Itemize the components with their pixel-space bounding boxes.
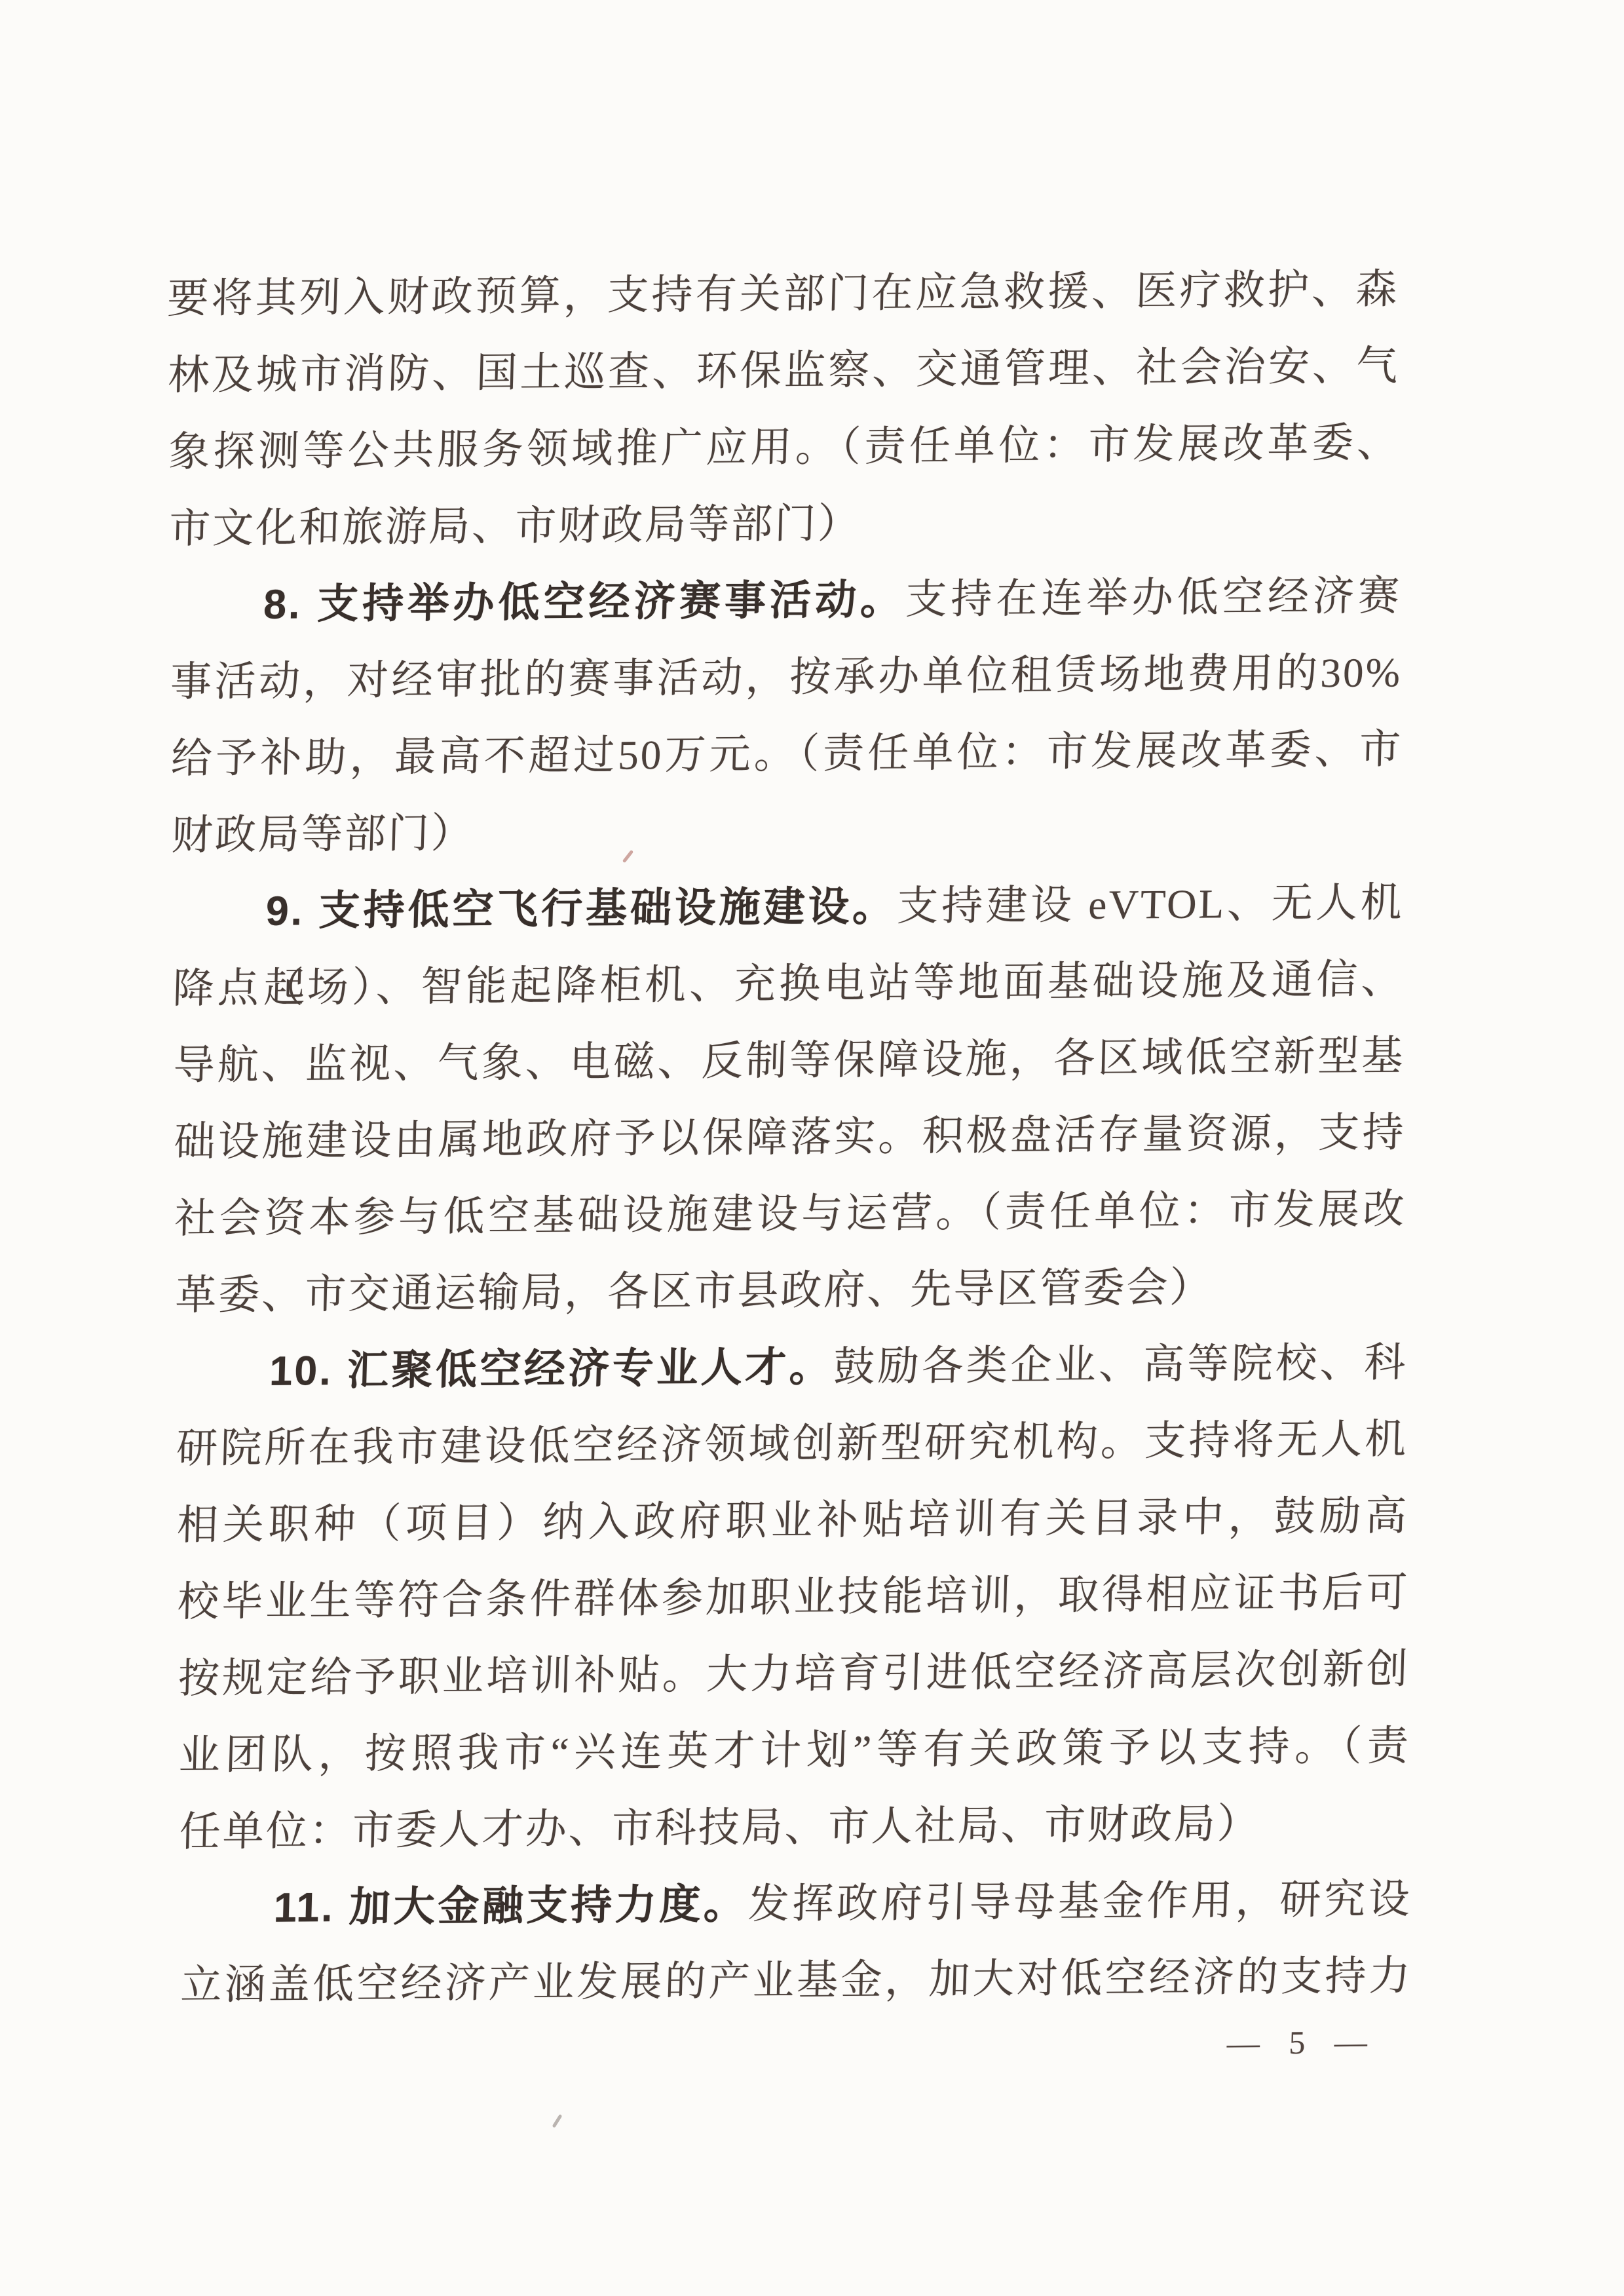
text-line: 9. 支持低空飞行基础设施建设。支持建设 eVTOL、无人机起 (171, 864, 1405, 951)
body-text-segment: 导航、监视、气象、电磁、反制等保障设施，各区域低空新型基 (173, 1033, 1406, 1088)
text-line: 财政局等部门） (170, 788, 1404, 874)
text-line: 要将其列入财政预算，支持有关部门在应急救援、医疗救护、森 (166, 251, 1400, 337)
body-text-segment: 给予补助，最高不超过50万元。（责任单位：市发展改革委、市 (170, 726, 1403, 782)
text-line: 象探测等公共服务领域推广应用。（责任单位：市发展改革委、 (168, 404, 1401, 491)
text-line: 10. 汇聚低空经济专业人才。鼓励各类企业、高等院校、科 (175, 1324, 1408, 1411)
body-text-segment: 降点（场）、智能起降柜机、充换电站等地面基础设施及通信、 (172, 956, 1405, 1012)
text-line: 导航、监视、气象、电磁、反制等保障设施，各区域低空新型基 (172, 1018, 1406, 1104)
text-line: 按规定给予职业培训补贴。大力培育引进低空经济高层次创新创 (177, 1631, 1410, 1717)
body-text-segment: 任单位：市委人才办、市科技局、市人社局、市财政局） (179, 1801, 1261, 1855)
body-text-segment: 业团队，按照我市“兴连英才计划”等有关政策予以支持。（责 (178, 1723, 1411, 1778)
text-line: 相关职种（项目）纳入政府职业补贴培训有关目录中，鼓励高 (176, 1478, 1410, 1564)
text-block: 要将其列入财政预算，支持有关部门在应急救援、医疗救护、森林及城市消防、国土巡查、… (167, 251, 1412, 2024)
text-line: 市文化和旅游局、市财政局等部门） (168, 481, 1402, 567)
body-text-segment: 革委、市交通运输局，各区市县政府、先导区管委会） (174, 1265, 1213, 1318)
body-text-segment: 础设施建设由属地政府予以保障落实。积极盘活存量资源，支持 (174, 1109, 1407, 1165)
item-heading-segment: 11. 加大金融支持力度。 (273, 1881, 749, 1931)
text-line: 业团队，按照我市“兴连英才计划”等有关政策予以支持。（责 (178, 1708, 1411, 1794)
body-text-segment: 立涵盖低空经济产业发展的产业基金，加大对低空经济的支持力 (180, 1953, 1413, 2008)
text-line: 任单位：市委人才办、市科技局、市人社局、市财政局） (178, 1784, 1412, 1871)
body-text-segment: 市文化和旅游局、市财政局等部门） (168, 501, 861, 552)
text-line: 8. 支持举办低空经济赛事活动。支持在连举办低空经济赛 (169, 558, 1403, 644)
item-heading-segment: 8. 支持举办低空经济赛事活动。 (263, 577, 906, 628)
body-text-segment: 林及城市消防、国土巡查、环保监察、交通管理、社会治安、气 (167, 343, 1400, 398)
item-heading-segment: 10. 汇聚低空经济专业人才。 (269, 1344, 834, 1394)
text-line: 研院所在我市建设低空经济领域创新型研究机构。支持将无人机 (176, 1401, 1409, 1487)
body-text-segment: 事活动，对经审批的赛事活动，按承办单位租赁场地费用的30% (170, 649, 1403, 705)
body-text-segment: 相关职种（项目）纳入政府职业补贴培训有关目录中，鼓励高 (176, 1493, 1409, 1548)
body-text-segment: 发挥政府引导母基金作用，研究设 (747, 1876, 1412, 1927)
body-text-segment: 财政局等部门） (171, 810, 475, 858)
body-text-segment: 要将其列入财政预算，支持有关部门在应急救援、医疗救护、森 (167, 266, 1400, 322)
body-text-segment: 社会资本参与低空基础设施建设与运营。（责任单位：市发展改 (174, 1186, 1407, 1242)
item-heading-segment: 9. 支持低空飞行基础设施建设。 (265, 883, 897, 934)
body-text-segment: 研院所在我市建设低空经济领域创新型研究机构。支持将无人机 (176, 1416, 1408, 1472)
body-text-segment: 象探测等公共服务领域推广应用。（责任单位：市发展改革委、 (168, 419, 1401, 475)
text-line: 立涵盖低空经济产业发展的产业基金，加大对低空经济的支持力 (179, 1938, 1413, 2024)
text-line: 降点（场）、智能起降柜机、充换电站等地面基础设施及通信、 (172, 941, 1405, 1027)
page-number: — 5 — (1217, 2023, 1388, 2062)
body-text-segment: 按规定给予职业培训补贴。大力培育引进低空经济高层次创新创 (178, 1646, 1410, 1702)
scan-speck (552, 2114, 563, 2128)
text-line: 革委、市交通运输局，各区市县政府、先导区管委会） (174, 1248, 1408, 1334)
body-text-segment: 支持在连举办低空经济赛 (905, 573, 1402, 622)
body-text-segment: 鼓励各类企业、高等院校、科 (833, 1339, 1408, 1390)
scanned-document-page: 要将其列入财政预算，支持有关部门在应急救援、医疗救护、森林及城市消防、国土巡查、… (0, 0, 1624, 2296)
text-line: 11. 加大金融支持力度。发挥政府引导母基金作用，研究设 (179, 1861, 1412, 1947)
body-text-segment: 校毕业生等符合条件群体参加职业技能培训，取得相应证书后可 (177, 1569, 1410, 1625)
text-line: 林及城市消防、国土巡查、环保监察、交通管理、社会治安、气 (167, 328, 1401, 414)
text-line: 社会资本参与低空基础设施建设与运营。（责任单位：市发展改 (174, 1171, 1407, 1257)
text-line: 事活动，对经审批的赛事活动，按承办单位租赁场地费用的30% (169, 634, 1403, 721)
text-line: 校毕业生等符合条件群体参加职业技能培训，取得相应证书后可 (176, 1554, 1410, 1641)
text-line: 础设施建设由属地政府予以保障落实。积极盘活存量资源，支持 (173, 1094, 1407, 1181)
text-line: 给予补助，最高不超过50万元。（责任单位：市发展改革委、市 (170, 711, 1403, 797)
